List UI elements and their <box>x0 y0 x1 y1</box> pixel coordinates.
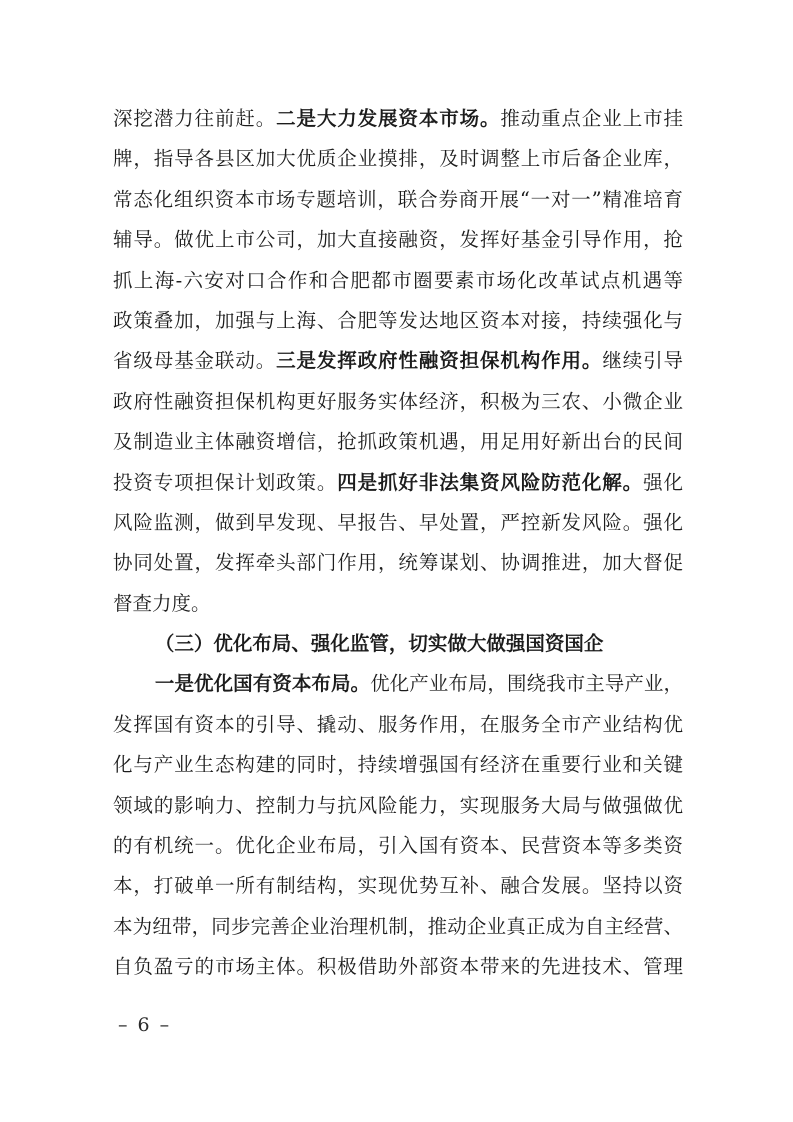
text-segment: 牌，指导各县区加大优质企业摸排，及时调整上市后备企业库， <box>113 147 683 170</box>
body-line: 牌，指导各县区加大优质企业摸排，及时调整上市后备企业库， <box>113 139 683 179</box>
text-segment: 优化产业布局，围绕我市主导产业， <box>370 672 683 695</box>
body-line: 一是优化国有资本布局。优化产业布局，围绕我市主导产业， <box>113 664 683 704</box>
section-heading: （三）优化布局、强化监管，切实做大做强国资国企 <box>113 624 683 664</box>
body-line: 政府性融资担保机构更好服务实体经济，积极为三农、小微企业 <box>113 382 683 422</box>
text-segment: 省级母基金联动。 <box>113 349 276 372</box>
body-line: 本为纽带，同步完善企业治理机制，推动企业真正成为自主经营、 <box>113 907 683 947</box>
body-line: 深挖潜力往前赶。二是大力发展资本市场。推动重点企业上市挂 <box>113 99 683 139</box>
body-line: 常态化组织资本市场专题培训，联合券商开展“一对一”精准培育 <box>113 180 683 220</box>
text-segment: 及制造业主体融资增信，抢抓政策机遇，用足用好新出台的民间 <box>113 430 683 453</box>
text-segment: 化与产业生态构建的同时，持续增强国有经济在重要行业和关键 <box>113 753 683 776</box>
body-line: 自负盈亏的市场主体。积极借助外部资本带来的先进技术、管理 <box>113 947 683 987</box>
text-segment: 抓上海-六安对口合作和合肥都市圈要素市场化改革试点机遇等 <box>113 269 683 292</box>
bold-run: 三是发挥政府性融资担保机构作用。 <box>276 349 602 372</box>
text-segment: 协同处置，发挥牵头部门作用，统筹谋划、协调推进，加大督促 <box>113 551 683 574</box>
text-segment: 的有机统一。优化企业布局，引入国有资本、民营资本等多类资 <box>113 834 683 857</box>
text-segment: 政策叠加，加强与上海、合肥等发达地区资本对接，持续强化与 <box>113 309 683 332</box>
body-line: 省级母基金联动。三是发挥政府性融资担保机构作用。继续引导 <box>113 341 683 381</box>
text-segment: 政府性融资担保机构更好服务实体经济，积极为三农、小微企业 <box>113 390 683 413</box>
body-line: 抓上海-六安对口合作和合肥都市圈要素市场化改革试点机遇等 <box>113 261 683 301</box>
body-line: 及制造业主体融资增信，抢抓政策机遇，用足用好新出台的民间 <box>113 422 683 462</box>
text-segment: 深挖潜力往前赶。 <box>113 107 276 130</box>
text-segment: 本，打破单一所有制结构，实现优势互补、融合发展。坚持以资 <box>113 874 683 897</box>
text-segment: 领域的影响力、控制力与抗风险能力，实现服务大局与做强做优 <box>113 794 683 817</box>
text-segment: 自负盈亏的市场主体。积极借助外部资本带来的先进技术、管理 <box>113 955 683 978</box>
text-segment: 常态化组织资本市场专题培训，联合券商开展“一对一”精准培育 <box>113 188 683 211</box>
bold-run: 二是大力发展资本市场。 <box>276 107 500 130</box>
body-line: 政策叠加，加强与上海、合肥等发达地区资本对接，持续强化与 <box>113 301 683 341</box>
body-line: 风险监测，做到早发现、早报告、早处置，严控新发风险。强化 <box>113 503 683 543</box>
body-line: 投资专项担保计划政策。四是抓好非法集资风险防范化解。强化 <box>113 463 683 503</box>
text-segment: 投资专项担保计划政策。 <box>113 471 337 494</box>
body-line: 领域的影响力、控制力与抗风险能力，实现服务大局与做强做优 <box>113 786 683 826</box>
bold-run: 四是抓好非法集资风险防范化解。 <box>337 471 643 494</box>
body-line: 化与产业生态构建的同时，持续增强国有经济在重要行业和关键 <box>113 745 683 785</box>
bold-run: 一是优化国有资本布局。 <box>155 672 370 695</box>
text-segment: 强化 <box>643 471 683 494</box>
body-line: 本，打破单一所有制结构，实现优势互补、融合发展。坚持以资 <box>113 866 683 906</box>
body-line: 的有机统一。优化企业布局，引入国有资本、民营资本等多类资 <box>113 826 683 866</box>
text-segment: 辅导。做优上市公司，加大直接融资，发挥好基金引导作用，抢 <box>113 228 683 251</box>
body-line: 发挥国有资本的引导、撬动、服务作用，在服务全市产业结构优 <box>113 705 683 745</box>
heading-text: （三）优化布局、强化监管，切实做大做强国资国企 <box>155 632 604 655</box>
text-segment: 督查力度。 <box>113 592 211 615</box>
page-number: – 6 – <box>118 1013 171 1037</box>
text-segment: 继续引导 <box>602 349 683 372</box>
document-page: 深挖潜力往前赶。二是大力发展资本市场。推动重点企业上市挂 牌，指导各县区加大优质… <box>0 0 793 1122</box>
text-segment: 风险监测，做到早发现、早报告、早处置，严控新发风险。强化 <box>113 511 683 534</box>
body-text-block: 深挖潜力往前赶。二是大力发展资本市场。推动重点企业上市挂 牌，指导各县区加大优质… <box>113 99 683 988</box>
body-line: 辅导。做优上市公司，加大直接融资，发挥好基金引导作用，抢 <box>113 220 683 260</box>
text-segment: 推动重点企业上市挂 <box>500 107 683 130</box>
text-segment: 本为纽带，同步完善企业治理机制，推动企业真正成为自主经营、 <box>113 915 683 938</box>
paragraph-end-line: 督查力度。 <box>113 584 683 624</box>
body-line: 协同处置，发挥牵头部门作用，统筹谋划、协调推进，加大督促 <box>113 543 683 583</box>
text-segment: 发挥国有资本的引导、撬动、服务作用，在服务全市产业结构优 <box>113 713 683 736</box>
